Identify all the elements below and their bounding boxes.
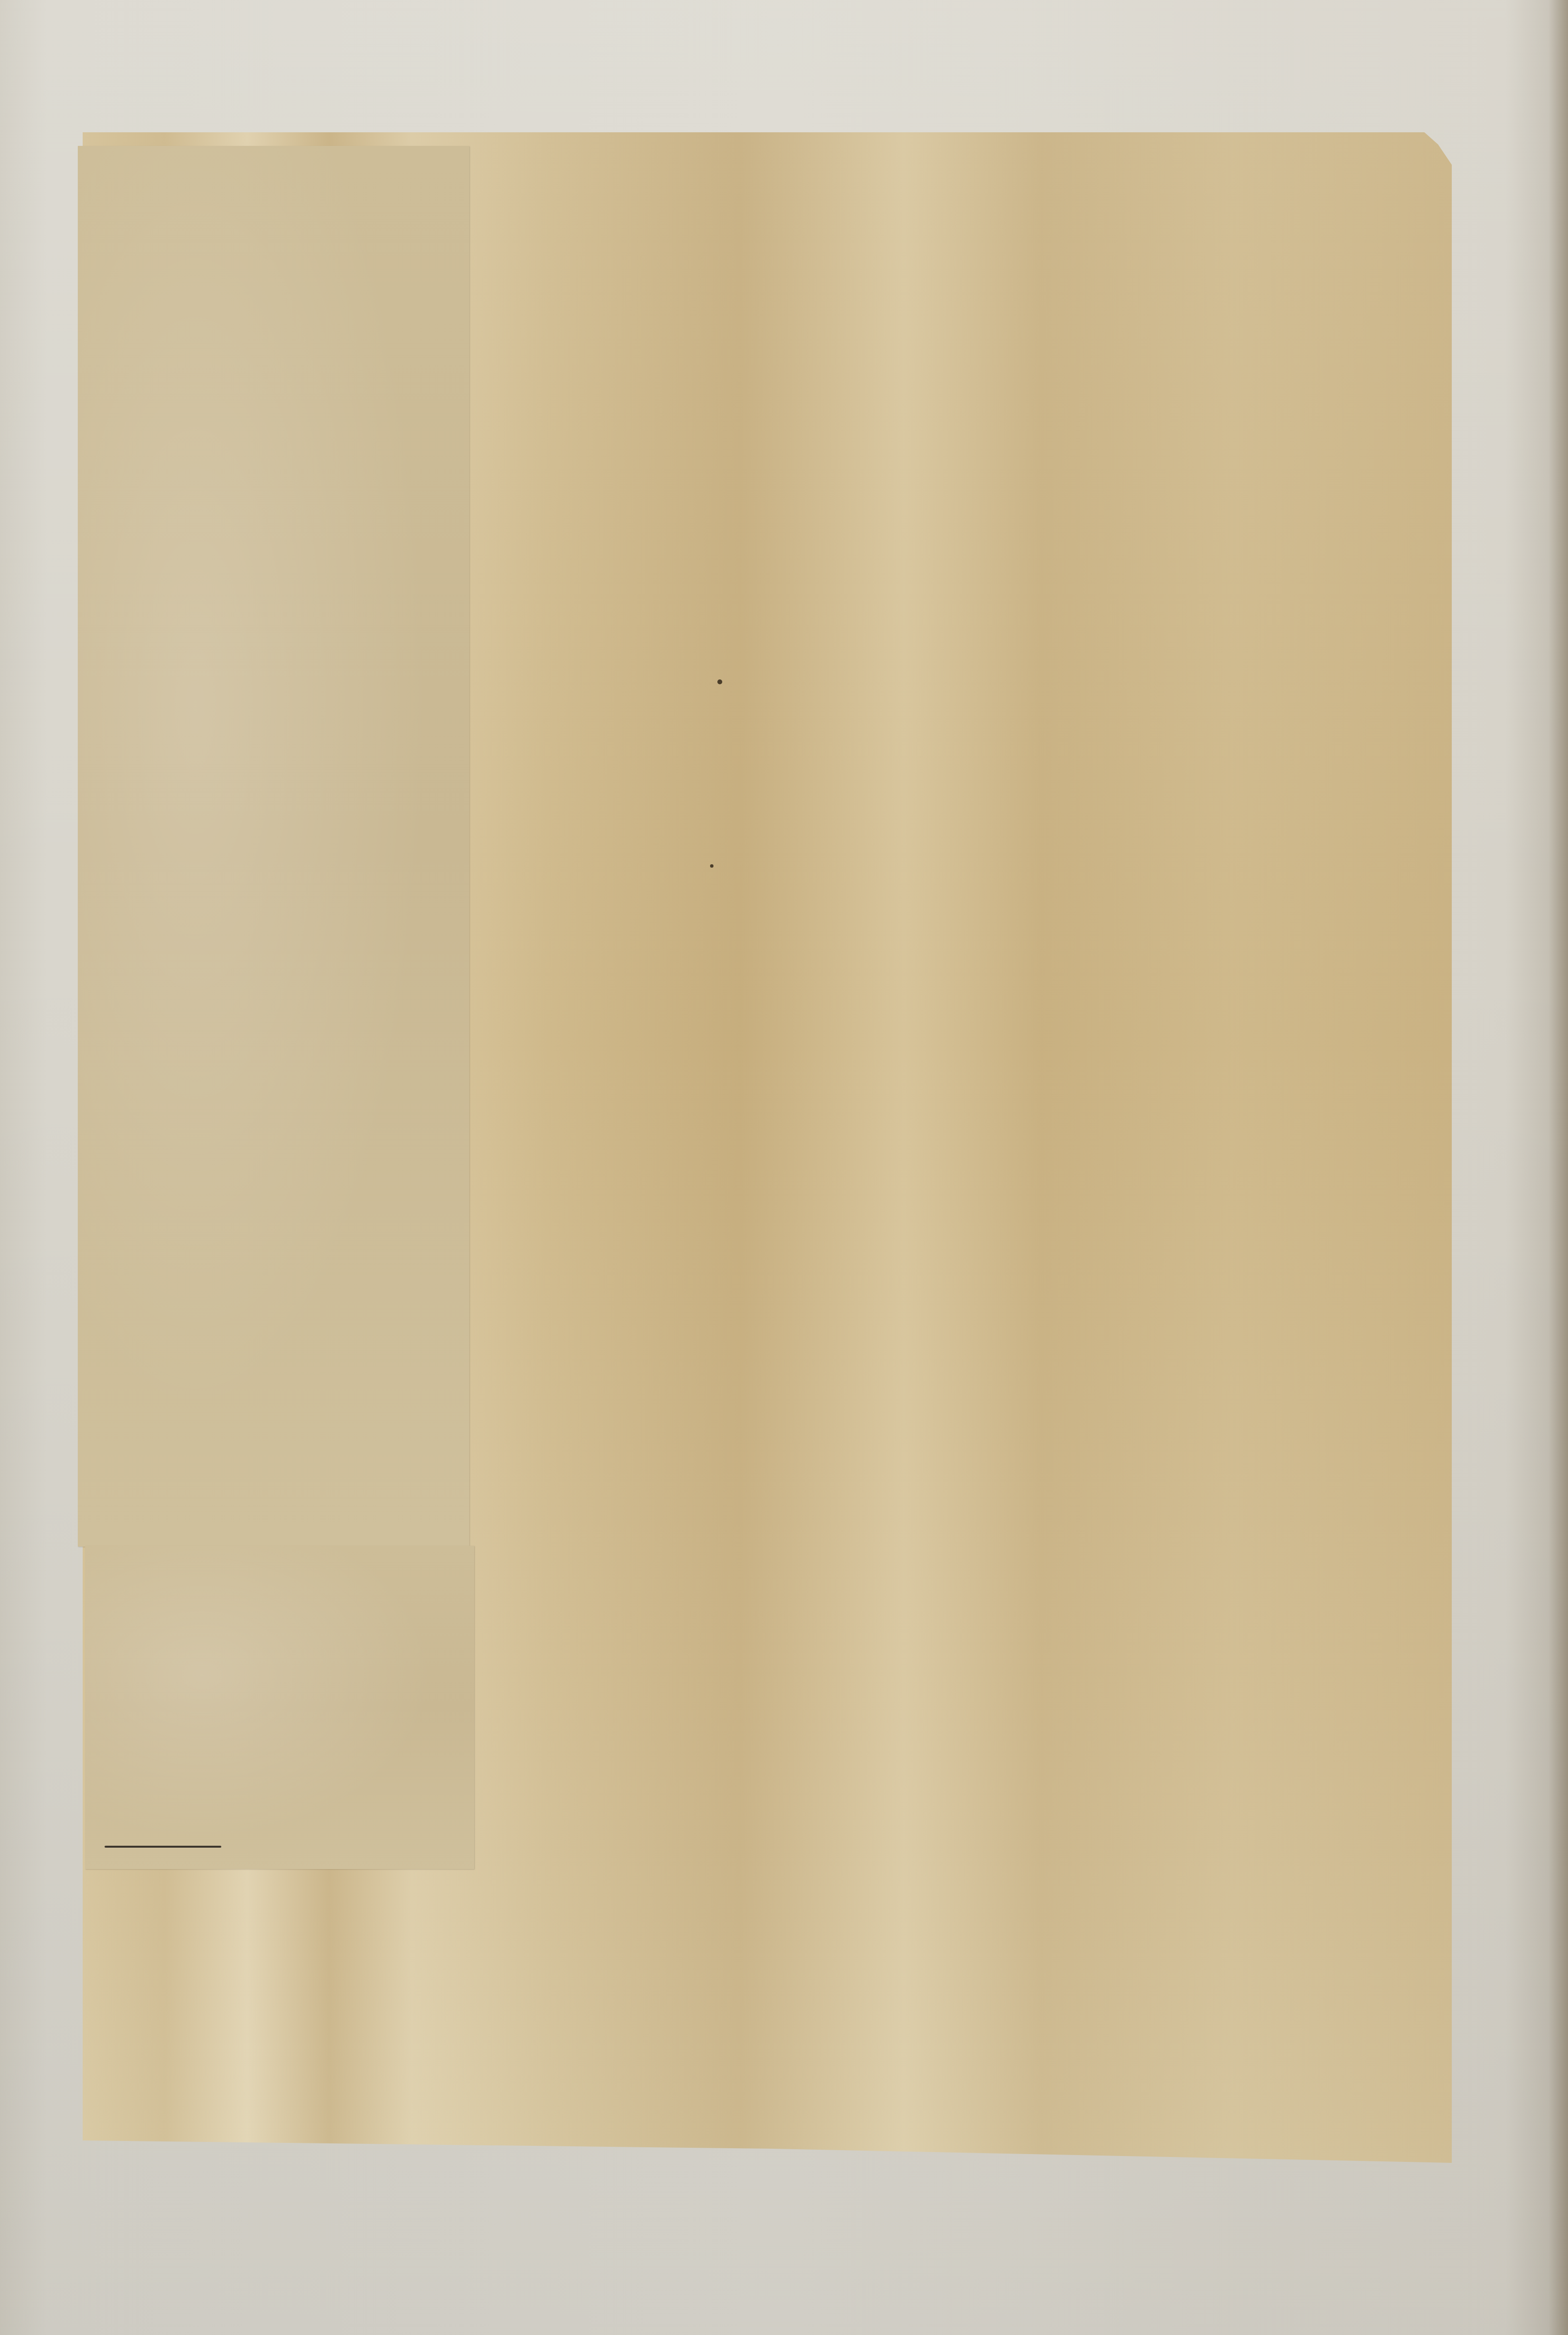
foxing-spot — [717, 679, 722, 684]
newspaper-clipping-upper — [78, 146, 469, 1547]
article-end-rule — [105, 1846, 221, 1848]
newspaper-clipping-lower — [85, 1546, 474, 1869]
foxing-spot — [710, 864, 713, 868]
book-binding-edge — [1549, 0, 1568, 2335]
